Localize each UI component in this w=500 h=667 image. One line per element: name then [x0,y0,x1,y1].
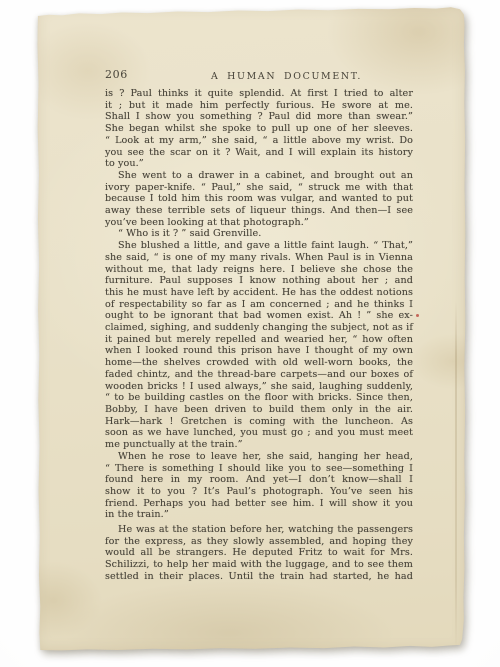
text-line: to you.” [105,158,413,170]
text-line: for the express, as they slowly assemble… [105,536,413,548]
paper-crease [455,301,457,651]
text-line: would all be strangers. He deputed Fritz… [105,547,413,559]
text-line: it ; but it made him perfectly furious. … [105,100,413,112]
text-line: this he must have left by accident. He h… [105,287,413,299]
text-line: She blushed a little, and gave a little … [105,240,413,252]
text-line: it pained but merely repelled and wearie… [105,334,413,346]
text-line: Shall I show you something ? Paul did mo… [105,111,413,123]
paragraph: He was at the station before her, watchi… [105,524,413,583]
text-line: soon as we have lunched, you must go ; a… [105,427,413,439]
text-line: “ Who is it ? ” said Grenville. [105,228,413,240]
text-line: She began whilst she spoke to pull up on… [105,123,413,135]
text-line: claimed, sighing, and suddenly changing … [105,322,413,334]
text-line: When he rose to leave her, she said, han… [105,451,413,463]
book-page: 206 A HUMAN DOCUMENT. is ? Paul thinks i… [36,6,466,652]
text-line: home—the shelves crowded with old well-w… [105,357,413,369]
page-body: is ? Paul thinks it quite splendid. At f… [105,88,413,583]
text-line: without me, that lady reigns here. I bel… [105,264,413,276]
text-line: friend. Perhaps you had better see him. … [105,498,413,510]
text-line: ivory paper-knife. “ Paul,” she said, “ … [105,182,413,194]
text-line: is ? Paul thinks it quite splendid. At f… [105,88,413,100]
text-line: “ Look at my arm,” she said, “ a little … [105,135,413,147]
text-line: she said, “ is one of my many rivals. Wh… [105,252,413,264]
text-line: you’ve been looking at that photograph.” [105,217,413,229]
text-line: you see the scar on it ? Wait, and I wil… [105,147,413,159]
text-line: of respectability so far as I am concern… [105,299,413,311]
text-line: “ to be building castles on the floor wi… [105,392,413,404]
text-line: in the train.” [105,509,413,521]
page-number: 206 [105,68,128,81]
paragraph: She went to a drawer in a cabinet, and b… [105,170,413,229]
text-line: He was at the station before her, watchi… [105,524,413,536]
text-line: found here in my room. And yet—I don’t k… [105,474,413,486]
running-title: A HUMAN DOCUMENT. [211,71,362,82]
paragraph: “ Who is it ? ” said Grenville. [105,228,413,240]
text-line: Schilizzi, to help her maid with the lug… [105,559,413,571]
paragraph: is ? Paul thinks it quite splendid. At f… [105,88,413,170]
text-line: settled in their places. Until the train… [105,571,413,583]
paragraph: When he rose to leave her, she said, han… [105,451,413,521]
text-line: furniture. Paul supposes I know nothing … [105,275,413,287]
text-line: wooden bricks ! I used always,” she said… [105,381,413,393]
text-line: “ There is something I should like you t… [105,463,413,475]
text-line: me punctually at the train.” [105,439,413,451]
text-line: faded chintz, and the thread-bare carpet… [105,369,413,381]
text-line: away these terrible sets of liqueur thin… [105,205,413,217]
text-line: ought to be ignorant that bad women exis… [105,310,413,322]
text-line: when I looked round this prison have I t… [105,345,413,357]
text-line: show it to you ? It’s Paul’s photograph.… [105,486,413,498]
text-line: because I told him this room was vulgar,… [105,193,413,205]
paragraph: She blushed a little, and gave a little … [105,240,413,451]
red-ink-speck [416,314,419,317]
text-line: She went to a drawer in a cabinet, and b… [105,170,413,182]
photo-background: 206 A HUMAN DOCUMENT. is ? Paul thinks i… [0,0,500,667]
text-line: Hark—hark ! Gretchen is coming with the … [105,416,413,428]
text-line: Bobby, I have been driven to build them … [105,404,413,416]
book-page-shadow: 206 A HUMAN DOCUMENT. is ? Paul thinks i… [36,6,466,652]
